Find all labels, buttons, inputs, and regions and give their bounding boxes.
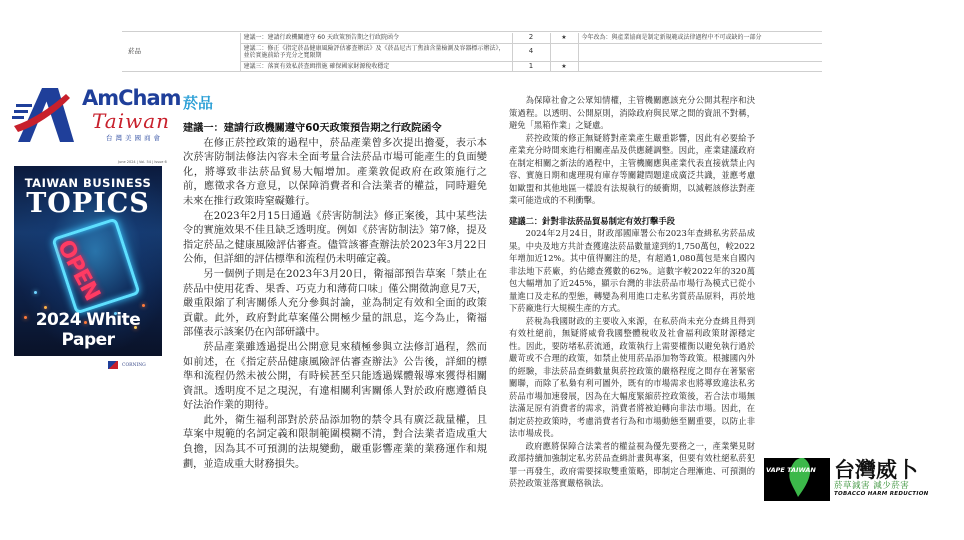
paragraph: 在修正菸控政策的過程中，菸品產業曾多次提出擔憂，表示本次菸害防制法修法內容未全面… bbox=[183, 137, 487, 210]
paragraph: 為保障社會之公眾知情權，主管機關應該充分公開其程序和決策過程。以透明、公開原則，… bbox=[509, 94, 755, 132]
taiwan-map-icon bbox=[784, 458, 814, 498]
note-cell: 今年改為：與產業協商是制定新規範或法律過程中不可或缺的一部分 bbox=[578, 33, 822, 43]
article-column-1: 建議一：建請行政機關遵守60天政策預告期之行政院函令 在修正菸控政策的過程中，菸… bbox=[183, 122, 487, 472]
amcham-chinese-name: 台灣美國商會 bbox=[106, 133, 163, 142]
paragraph: 菸稅為我國財政的主要收入來源，在私菸尚未充分查緝且得到有效杜絕前，無疑將威脅我國… bbox=[509, 315, 755, 440]
count-cell: 2 bbox=[512, 33, 550, 43]
recommendation-cell: 建議一：建請行政機關遵守 60 天政策預告期之行政院函令 bbox=[240, 33, 512, 43]
count-cell: 1 bbox=[512, 61, 550, 72]
amcham-a-mark-icon bbox=[12, 86, 76, 144]
sponsor-name: CORNING bbox=[122, 363, 146, 368]
cover-sponsors: CORNING bbox=[108, 361, 146, 369]
vape-taiwan-tagline: TOBACCO HARM REDUCTION bbox=[834, 491, 929, 497]
cover-headline: 2024 White Paper bbox=[14, 310, 162, 350]
recommendation-cell: 建議二：修正《指定菸品健康風險評估審查辦法》及《菸品尼古丁焦油含量檢測及容器標示… bbox=[240, 43, 512, 61]
amcham-wordmark: AmCham bbox=[82, 86, 181, 110]
star-cell: ★ bbox=[550, 33, 578, 43]
recommendation-2-heading: 建議二：針對非法菸品貿易制定有效打擊手段 bbox=[509, 215, 755, 228]
vape-taiwan-logo: VAPE TAIWAN 台灣威卜 菸草減害 減少菸害 TOBACCO HARM … bbox=[764, 458, 954, 502]
article-column-2: 為保障社會之公眾知情權，主管機關應該充分公開其程序和決策過程。以透明、公開原則，… bbox=[509, 94, 755, 490]
section-title: 菸品 bbox=[183, 92, 213, 113]
cover-masthead-main: TOPICS bbox=[14, 188, 162, 219]
star-cell: ★ bbox=[550, 61, 578, 72]
vape-taiwan-slogan: 菸草減害 減少菸害 bbox=[834, 479, 909, 491]
magazine-cover: TAIWAN BUSINESS TOPICS OPEN 2024 White P… bbox=[14, 166, 162, 356]
star-cell bbox=[550, 43, 578, 61]
category-cell: 菸品 bbox=[122, 33, 240, 72]
table-row: 菸品 建議一：建請行政機關遵守 60 天政策預告期之行政院函令 2 ★ 今年改為… bbox=[122, 33, 822, 43]
note-cell bbox=[578, 61, 822, 72]
vape-taiwan-badge-text: VAPE TAIWAN bbox=[766, 466, 816, 474]
paragraph: 另一個例子則是在2023年3月20日，衛福部預告草案「禁止在菸品中使用花香、果香… bbox=[183, 268, 487, 341]
paragraph: 菸控政策的修正無疑將對產業產生嚴重影響，因此有必要給予產業充分時間來進行相關產品… bbox=[509, 132, 755, 207]
amcham-taiwan-logo: AmCham Taiwan 台灣美國商會 bbox=[12, 84, 172, 146]
paragraph: 此外，衛生福利部對於菸品添加物的禁令具有廣泛裁量權，且草案中規範的名詞定義和限制… bbox=[183, 414, 487, 472]
count-cell: 4 bbox=[512, 43, 550, 61]
taiwan-script: Taiwan bbox=[92, 109, 170, 133]
recommendation-cell: 建議三：落實有效私菸查緝措施 確保國家財源稅收穩定 bbox=[240, 61, 512, 72]
paragraph: 政府應將保障合法業者的權益視為優先要務之一，產業樂見財政部持續加強制定私劣菸品查… bbox=[509, 440, 755, 490]
table-top-border bbox=[122, 31, 822, 32]
paragraph: 在2023年2月15日通過《菸害防制法》修正案後，其中某些法令的實施效果不佳且缺… bbox=[183, 210, 487, 268]
paragraph: 2024年2月24日，財政部國庫署公布2023年查緝私劣菸品成果。中央及地方共計… bbox=[509, 227, 755, 315]
paragraph: 菸品產業雖透過提出公開意見來積極參與立法修訂過程，然而如前述，在《指定菸品健康風… bbox=[183, 341, 487, 414]
amcham-mini-logo-icon bbox=[108, 361, 118, 369]
summary-table: 菸品 建議一：建請行政機關遵守 60 天政策預告期之行政院函令 2 ★ 今年改為… bbox=[122, 33, 822, 72]
cover-issue-line: June 2024 | Vol. 54 | Issue 6 bbox=[118, 160, 167, 164]
recommendation-1-heading: 建議一：建請行政機關遵守60天政策預告期之行政院函令 bbox=[183, 122, 487, 137]
vape-taiwan-badge: VAPE TAIWAN bbox=[764, 458, 830, 501]
note-cell bbox=[578, 43, 822, 61]
